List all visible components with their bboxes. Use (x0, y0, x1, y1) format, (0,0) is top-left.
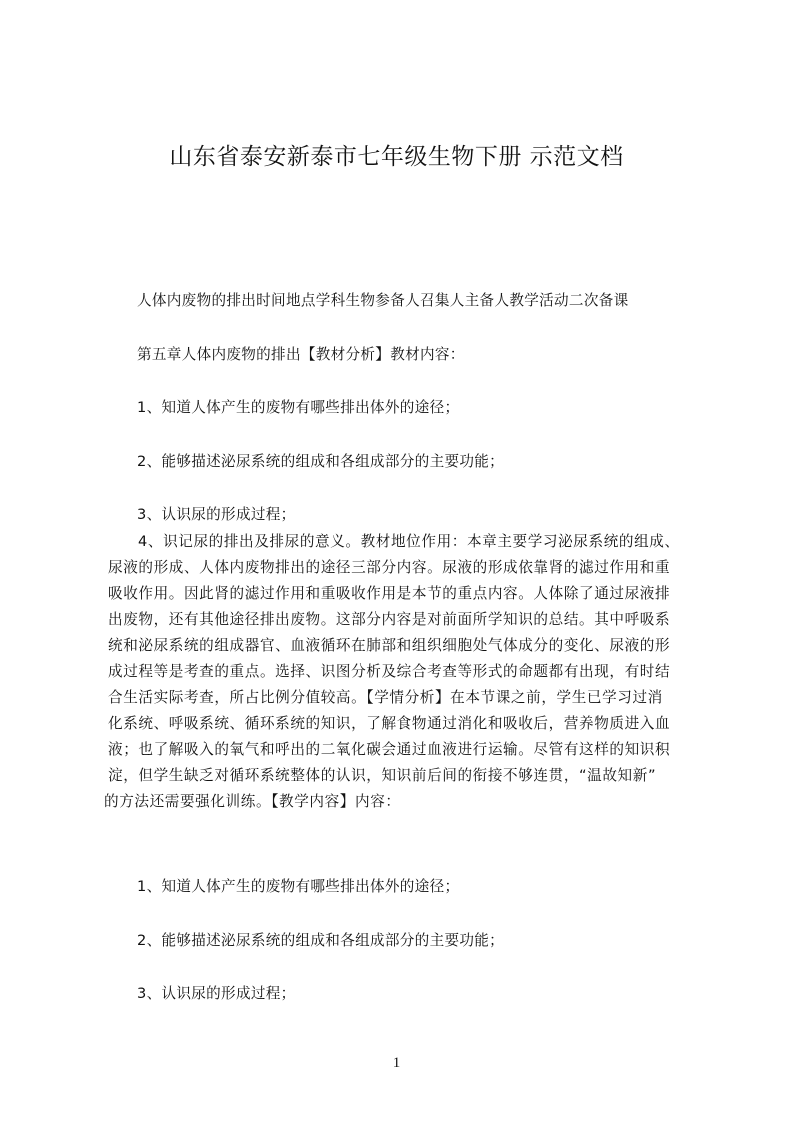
document-title: 山东省泰安新泰市七年级生物下册 示范文档 (0, 142, 793, 172)
paragraph-line: 液；也了解吸入的氧气和呼出的二氧化碳会通过血液进行运输。尽管有这样的知识积 (104, 737, 697, 763)
header-line: 人体内废物的排出时间地点学科生物参备人召集人主备人教学活动二次备课 (137, 291, 629, 311)
page-number: 1 (0, 1055, 793, 1072)
analysis-paragraph: 4、识记尿的排出及排尿的意义。教材地位作用：本章主要学习泌尿系统的组成、 尿液的… (104, 529, 697, 815)
objective-item: 3、认识尿的形成过程； (137, 984, 296, 1004)
paragraph-line: 4、识记尿的排出及排尿的意义。教材地位作用：本章主要学习泌尿系统的组成、 (104, 529, 697, 555)
paragraph-line: 尿液的形成、人体内废物排出的途径三部分内容。尿液的形成依靠肾的滤过作用和重 (104, 555, 697, 581)
paragraph-line: 化系统、呼吸系统、循环系统的知识，了解食物通过消化和吸收后，营养物质进入血 (104, 711, 697, 737)
paragraph-line: 成过程等是考查的重点。选择、识图分析及综合考查等形式的命题都有出现，有时结 (104, 659, 697, 685)
objective-item: 1、知道人体产生的废物有哪些排出体外的途径； (137, 398, 459, 418)
chapter-line: 第五章人体内废物的排出【教材分析】教材内容： (137, 345, 465, 365)
paragraph-line: 吸收作用。因此肾的滤过作用和重吸收作用是本节的重点内容。人体除了通过尿液排 (104, 581, 697, 607)
objective-item: 1、知道人体产生的废物有哪些排出体外的途径； (137, 877, 459, 897)
paragraph-line: 统和泌尿系统的组成器官、血液循环在肺部和组织细胞处气体成分的变化、尿液的形 (104, 633, 697, 659)
paragraph-line: 合生活实际考查，所占比例分值较高。【学情分析】在本节课之前，学生已学习过消 (104, 685, 697, 711)
objective-item: 2、能够描述泌尿系统的组成和各组成部分的主要功能； (137, 452, 504, 472)
document-page: 山东省泰安新泰市七年级生物下册 示范文档 人体内废物的排出时间地点学科生物参备人… (0, 0, 793, 1122)
paragraph-line: 出废物，还有其他途径排出废物。这部分内容是对前面所学知识的总结。其中呼吸系 (104, 607, 697, 633)
paragraph-line: 淀，但学生缺乏对循环系统整体的认识，知识前后间的衔接不够连贯，“温故知新” (104, 763, 697, 789)
paragraph-line: 的方法还需要强化训练。【教学内容】内容： (104, 789, 697, 815)
objective-item: 3、认识尿的形成过程； (137, 505, 296, 525)
objective-item: 2、能够描述泌尿系统的组成和各组成部分的主要功能； (137, 931, 504, 951)
